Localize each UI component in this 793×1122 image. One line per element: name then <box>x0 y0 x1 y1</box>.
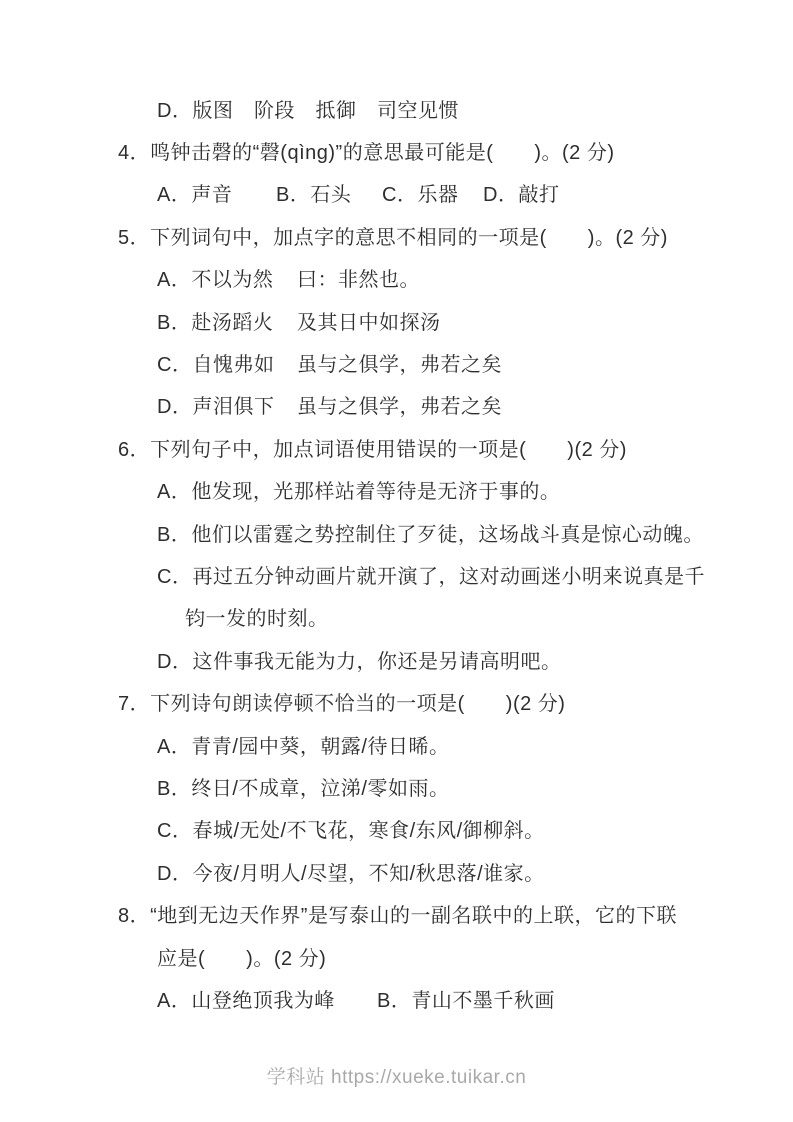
q8-option-a: A．山登绝顶我为峰 <box>157 984 377 1013</box>
q7-option-a: A．青青/园中葵，朝露/待日晞。 <box>0 723 793 765</box>
q8-stem-line1: 8．“地到无边天作界”是写泰山的一副名联中的上联，它的下联 <box>0 892 793 934</box>
option-quote: 曰：非然也。 <box>297 263 420 292</box>
site-watermark: 学科站 https://xueke.tuikar.cn <box>0 1062 793 1089</box>
option-label: B． <box>157 518 191 547</box>
option-label: C． <box>157 814 192 843</box>
q6-option-d: D．这件事我无能为力，你还是另请高明吧。 <box>0 638 793 680</box>
question-text: 鸣钟击磬的“磬(qìng)”的意思最可能是( )。(2 分) <box>150 136 614 165</box>
q5-option-a: A．不以为然 曰：非然也。 <box>0 257 793 299</box>
option-label: A． <box>157 984 191 1013</box>
q5-option-b: B．赴汤蹈火 及其日中如探汤 <box>0 299 793 341</box>
option-text: 今夜/月明人/尽望，不知/秋思落/谁家。 <box>192 857 544 886</box>
option-label: D． <box>157 390 192 419</box>
option-label: B． <box>157 772 191 801</box>
q8-options-row: A．山登绝顶我为峰 B．青山不墨千秋画 <box>0 977 793 1019</box>
q7-option-b: B．终日/不成章，泣涕/零如雨。 <box>0 765 793 807</box>
exam-paper-page: D．版图 阶段 抵御 司空见惯 4．鸣钟击磬的“磬(qìng)”的意思最可能是(… <box>0 0 793 1122</box>
option-text: 石头 <box>310 178 351 207</box>
option-text: 不以为然 <box>191 263 273 292</box>
option-label: A． <box>157 178 191 207</box>
q5-option-d: D．声泪俱下 虽与之俱学，弗若之矣 <box>0 384 793 426</box>
option-text: 赴汤蹈火 <box>191 306 273 335</box>
q6-option-c-continuation: 钧一发的时刻。 <box>0 596 793 638</box>
option-text: 再过五分钟动画片就开演了，这对动画迷小明来说真是千 <box>192 560 705 589</box>
q4-option-c: C．乐器 <box>382 178 483 207</box>
q6-option-b: B．他们以雷霆之势控制住了歹徒，这场战斗真是惊心动魄。 <box>0 511 793 553</box>
option-text: 山登绝顶我为峰 <box>191 984 335 1013</box>
option-word: B．赴汤蹈火 <box>157 306 297 335</box>
q6-option-c: C．再过五分钟动画片就开演了，这对动画迷小明来说真是千 <box>0 553 793 595</box>
option-quote: 虽与之俱学，弗若之矣 <box>297 390 502 419</box>
option-word: A．不以为然 <box>157 263 297 292</box>
q4-option-d: D．敲打 <box>483 178 559 207</box>
option-label: B． <box>276 178 310 207</box>
option-word: D．声泪俱下 <box>157 390 297 419</box>
option-text: 乐器 <box>417 178 458 207</box>
option-text: 版图 阶段 抵御 司空见惯 <box>192 94 459 123</box>
option-quote: 虽与之俱学，弗若之矣 <box>297 348 502 377</box>
question-number: 7． <box>118 687 150 716</box>
question-number: 6． <box>118 433 150 462</box>
option-label: A． <box>157 730 191 759</box>
option-label: A． <box>157 475 191 504</box>
question-text: 下列句子中，加点词语使用错误的一项是( )(2 分) <box>150 433 627 462</box>
question-number: 4． <box>118 136 150 165</box>
option-text: 声音 <box>191 178 232 207</box>
q4-options-row: A．声音 B．石头 C．乐器 D．敲打 <box>0 172 793 214</box>
questions-area: D．版图 阶段 抵御 司空见惯 4．鸣钟击磬的“磬(qìng)”的意思最可能是(… <box>0 87 793 1020</box>
q6-option-a: A．他发现，光那样站着等待是无济于事的。 <box>0 469 793 511</box>
option-label: B． <box>377 984 411 1013</box>
option-label: A． <box>157 263 191 292</box>
option-text: 钧一发的时刻。 <box>185 602 329 631</box>
question-number: 5． <box>118 221 150 250</box>
option-text: 敲打 <box>518 178 559 207</box>
option-text: 终日/不成章，泣涕/零如雨。 <box>191 772 449 801</box>
q7-stem: 7．下列诗句朗读停顿不恰当的一项是( )(2 分) <box>0 680 793 722</box>
q3-option-d: D．版图 阶段 抵御 司空见惯 <box>0 87 793 129</box>
option-quote: 及其日中如探汤 <box>297 306 441 335</box>
option-text: 他们以雷霆之势控制住了歹徒，这场战斗真是惊心动魄。 <box>191 518 704 547</box>
option-text: 自愧弗如 <box>192 348 274 377</box>
q5-stem: 5．下列词句中，加点字的意思不相同的一项是( )。(2 分) <box>0 214 793 256</box>
option-label: D． <box>157 94 192 123</box>
question-text: 下列词句中，加点字的意思不相同的一项是( )。(2 分) <box>150 221 668 250</box>
option-text: 这件事我无能为力，你还是另请高明吧。 <box>192 645 561 674</box>
q4-option-b: B．石头 <box>276 178 382 207</box>
option-label: D． <box>157 645 192 674</box>
q4-stem: 4．鸣钟击磬的“磬(qìng)”的意思最可能是( )。(2 分) <box>0 129 793 171</box>
watermark-text: 学科站 https://xueke.tuikar.cn <box>267 1067 527 1088</box>
option-text: 声泪俱下 <box>192 390 274 419</box>
option-text: 青青/园中葵，朝露/待日晞。 <box>191 730 449 759</box>
q4-option-a: A．声音 <box>157 178 276 207</box>
option-text: 青山不墨千秋画 <box>411 984 555 1013</box>
question-text: “地到无边天作界”是写泰山的一副名联中的上联，它的下联 <box>150 899 677 928</box>
option-label: C． <box>157 348 192 377</box>
q5-option-c: C．自愧弗如 虽与之俱学，弗若之矣 <box>0 341 793 383</box>
q8-stem-line2: 应是( )。(2 分) <box>0 935 793 977</box>
question-text: 下列诗句朗读停顿不恰当的一项是( )(2 分) <box>150 687 565 716</box>
q7-option-d: D．今夜/月明人/尽望，不知/秋思落/谁家。 <box>0 850 793 892</box>
q6-stem: 6．下列句子中，加点词语使用错误的一项是( )(2 分) <box>0 426 793 468</box>
option-label: B． <box>157 306 191 335</box>
option-label: D． <box>483 178 518 207</box>
option-word: C．自愧弗如 <box>157 348 297 377</box>
option-label: C． <box>382 178 417 207</box>
q8-option-b: B．青山不墨千秋画 <box>377 984 555 1013</box>
option-text: 他发现，光那样站着等待是无济于事的。 <box>191 475 560 504</box>
option-label: C． <box>157 560 192 589</box>
option-label: D． <box>157 857 192 886</box>
q7-option-c: C．春城/无处/不飞花，寒食/东风/御柳斜。 <box>0 808 793 850</box>
question-text: 应是( )。(2 分) <box>157 942 326 971</box>
option-text: 春城/无处/不飞花，寒食/东风/御柳斜。 <box>192 814 544 843</box>
question-number: 8． <box>118 899 150 928</box>
